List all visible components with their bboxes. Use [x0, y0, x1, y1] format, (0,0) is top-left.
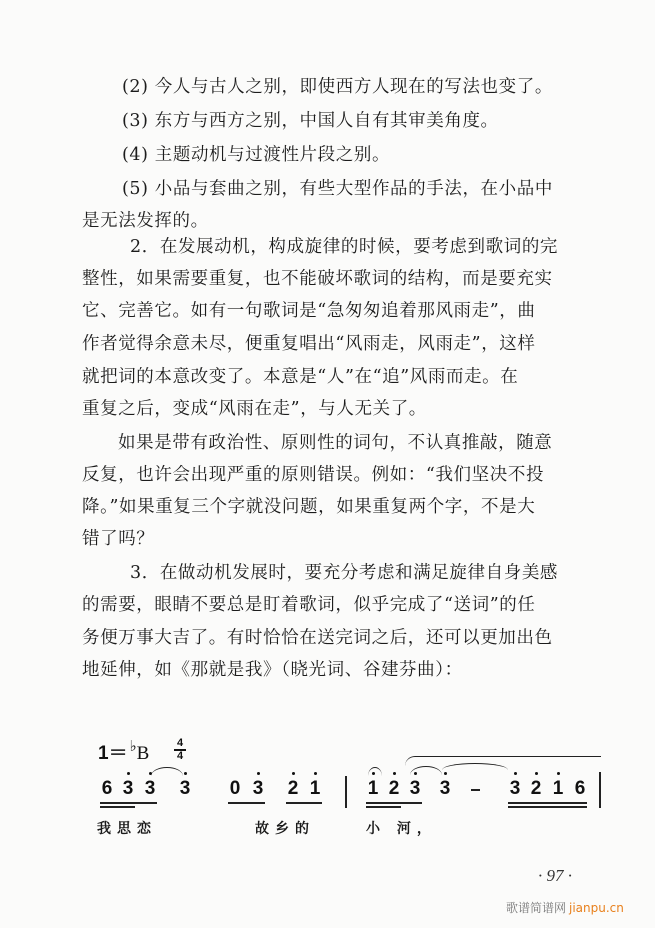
text-line: 反复，也许会出现严重的原则错误。例如：“我们坚决不投	[82, 464, 544, 486]
text-line: 作者觉得余意未尽，便重复唱出“风雨走，风雨走”，这样	[82, 333, 536, 355]
text-line: 2．在发展动机，构成旋律的时候，要考虑到歌词的完	[130, 236, 558, 258]
text-line: 3．在做动机发展时，要充分考虑和满足旋律自身美感	[130, 562, 558, 584]
duration-underline	[286, 802, 322, 804]
text-line: 就把词的本意改变了。本意是“人”在“追”风雨而走。在	[82, 366, 518, 388]
text-line: 整性，如果需要重复，也不能破坏歌词的结构，而是要充实	[82, 268, 553, 290]
octave-dot-icon	[127, 772, 130, 775]
note-digit: 3	[145, 778, 156, 799]
note: 6	[100, 778, 114, 800]
note-digit: 3	[253, 778, 264, 799]
time-denominator: 4	[177, 750, 183, 762]
note-digit: 6	[575, 778, 586, 799]
page-number: · 97 ·	[538, 866, 572, 886]
text-line: 的需要，眼睛不要总是盯着歌词，似乎完成了“送词”的任	[82, 594, 536, 616]
note: 1	[308, 778, 322, 800]
duration-underline	[100, 806, 135, 808]
note: 2	[286, 778, 300, 800]
note: 3	[251, 778, 265, 800]
key-signature: 1＝♭B	[98, 738, 149, 765]
note-digit: 1	[368, 778, 379, 799]
text-line: 它、完善它。如有一句歌词是“急匆匆追着那风雨走”，曲	[82, 300, 536, 322]
time-numerator: 4	[177, 737, 183, 749]
octave-dot-icon	[292, 772, 295, 775]
hold-dash	[471, 789, 480, 791]
text-line: 降。”如果重复三个字就没问题，如果重复两个字，不是大	[82, 496, 535, 518]
note-digit: 6	[102, 778, 113, 799]
note-digit: 0	[230, 778, 241, 799]
note: 3	[508, 778, 522, 800]
note: 3	[438, 778, 452, 800]
octave-dot-icon	[514, 772, 517, 775]
tie-slur	[368, 767, 382, 776]
duration-underline	[508, 802, 587, 804]
text-line: (2) 今人与古人之别，即使西方人现在的写法也变了。	[122, 76, 553, 98]
note: 1	[551, 778, 565, 800]
note-digit: 1	[553, 778, 564, 799]
text-line: (4) 主题动机与过渡性片段之别。	[122, 144, 390, 166]
phrase-slur	[405, 756, 601, 767]
note-digit: 3	[180, 778, 191, 799]
note: 6	[573, 778, 587, 800]
watermark-site-name: 歌谱简谱网	[506, 901, 566, 915]
lyric-text: 小 河，	[366, 818, 437, 838]
note: 3	[408, 778, 422, 800]
note: 1	[366, 778, 380, 800]
octave-dot-icon	[184, 772, 187, 775]
key-prefix: 1＝	[98, 743, 128, 764]
text-line: 重复之后，变成“风雨在走”，与人无关了。	[82, 398, 427, 420]
note: 2	[529, 778, 543, 800]
duration-underline	[508, 806, 587, 808]
barline	[345, 776, 347, 808]
barline	[599, 772, 601, 808]
note-digit: 3	[123, 778, 134, 799]
octave-dot-icon	[535, 772, 538, 775]
lyric-text: 我思恋	[97, 818, 157, 838]
octave-dot-icon	[393, 772, 396, 775]
octave-dot-icon	[444, 772, 447, 775]
octave-dot-icon	[257, 772, 260, 775]
note-digit: 3	[410, 778, 421, 799]
time-signature: 4 4	[173, 738, 187, 762]
note-digit: 2	[288, 778, 299, 799]
watermark-url: jianpu.cn	[569, 901, 624, 915]
flat-icon: ♭	[130, 738, 137, 755]
note-digit: 2	[389, 778, 400, 799]
duration-underline	[228, 802, 265, 804]
note-digit: 1	[310, 778, 321, 799]
note: 3	[178, 778, 192, 800]
note-digit: 2	[531, 778, 542, 799]
note: 2	[387, 778, 401, 800]
text-line: (5) 小品与套曲之别，有些大型作品的手法，在小品中	[122, 178, 553, 200]
tie-slur	[151, 767, 183, 776]
watermark: 歌谱简谱网jianpu.cn	[506, 899, 624, 916]
tie-slur	[410, 766, 442, 775]
duration-underline	[366, 806, 401, 808]
duration-underline	[366, 802, 422, 804]
lyric-text: 故乡的	[255, 818, 315, 838]
text-line: (3) 东方与西方之别，中国人自有其审美角度。	[122, 110, 499, 132]
text-line: 错了吗？	[82, 528, 154, 550]
duration-underline	[100, 802, 157, 804]
octave-dot-icon	[557, 772, 560, 775]
note: 0	[228, 778, 242, 800]
text-line: 如果是带有政治性、原则性的词句，不认真推敲，随意	[118, 432, 552, 454]
text-line: 是无法发挥的。	[82, 210, 209, 232]
note: 3	[121, 778, 135, 800]
note-digit: 3	[440, 778, 451, 799]
note-digit: 3	[510, 778, 521, 799]
text-line: 务便万事大吉了。有时恰恰在送完词之后，还可以更加出色	[82, 627, 553, 649]
document-page: (2) 今人与古人之别，即使西方人现在的写法也变了。(3) 东方与西方之别，中国…	[0, 0, 655, 928]
text-line: 地延伸，如《那就是我》（晓光词、谷建芬曲）：	[82, 659, 463, 681]
octave-dot-icon	[314, 772, 317, 775]
note: 3	[143, 778, 157, 800]
key-name: B	[137, 743, 150, 764]
